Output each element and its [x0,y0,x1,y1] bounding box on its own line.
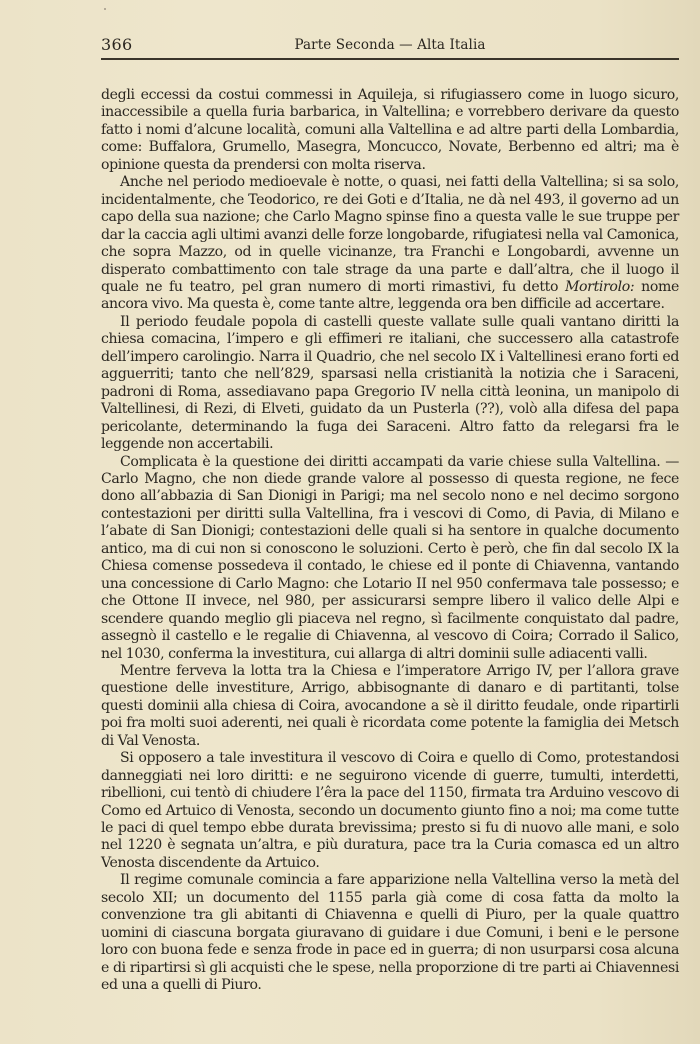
paragraph-text: Il regime comunale comincia a fare appar… [101,872,679,993]
paragraph-text: Anche nel periodo medioevale è notte, o … [101,174,679,295]
paragraph: Il regime comunale comincia a fare appar… [101,872,679,994]
paragraph-text: Mentre ferveva la lotta tra la Chiesa e … [101,663,679,749]
running-head: 366 Parte Seconda — Alta Italia [101,34,679,56]
paragraph-text: degli eccessi da costui commessi in Aqui… [101,87,679,173]
paragraph: degli eccessi da costui commessi in Aqui… [101,87,679,174]
paragraph: Si opposero a tale investitura il vescov… [101,750,679,872]
paragraph-text: Si opposero a tale investitura il vescov… [101,750,679,871]
paragraph-text: Il periodo feudale popola di castelli qu… [101,314,679,452]
body-text: degli eccessi da costui commessi in Aqui… [101,87,679,995]
paragraph: Mentre ferveva la lotta tra la Chiesa e … [101,663,679,750]
paper-speck [104,8,106,10]
book-page: 366 Parte Seconda — Alta Italia degli ec… [101,34,679,56]
paragraph: Complicata è la questione dei diritti ac… [101,454,679,663]
paragraph: Il periodo feudale popola di castelli qu… [101,314,679,454]
italic-term: Mortirolo: [565,279,634,295]
paragraph-text: Complicata è la questione dei diritti ac… [101,454,679,662]
running-title: Parte Seconda — Alta Italia [101,34,679,56]
paragraph: Anche nel periodo medioevale è notte, o … [101,174,679,314]
header-rule [101,58,679,60]
